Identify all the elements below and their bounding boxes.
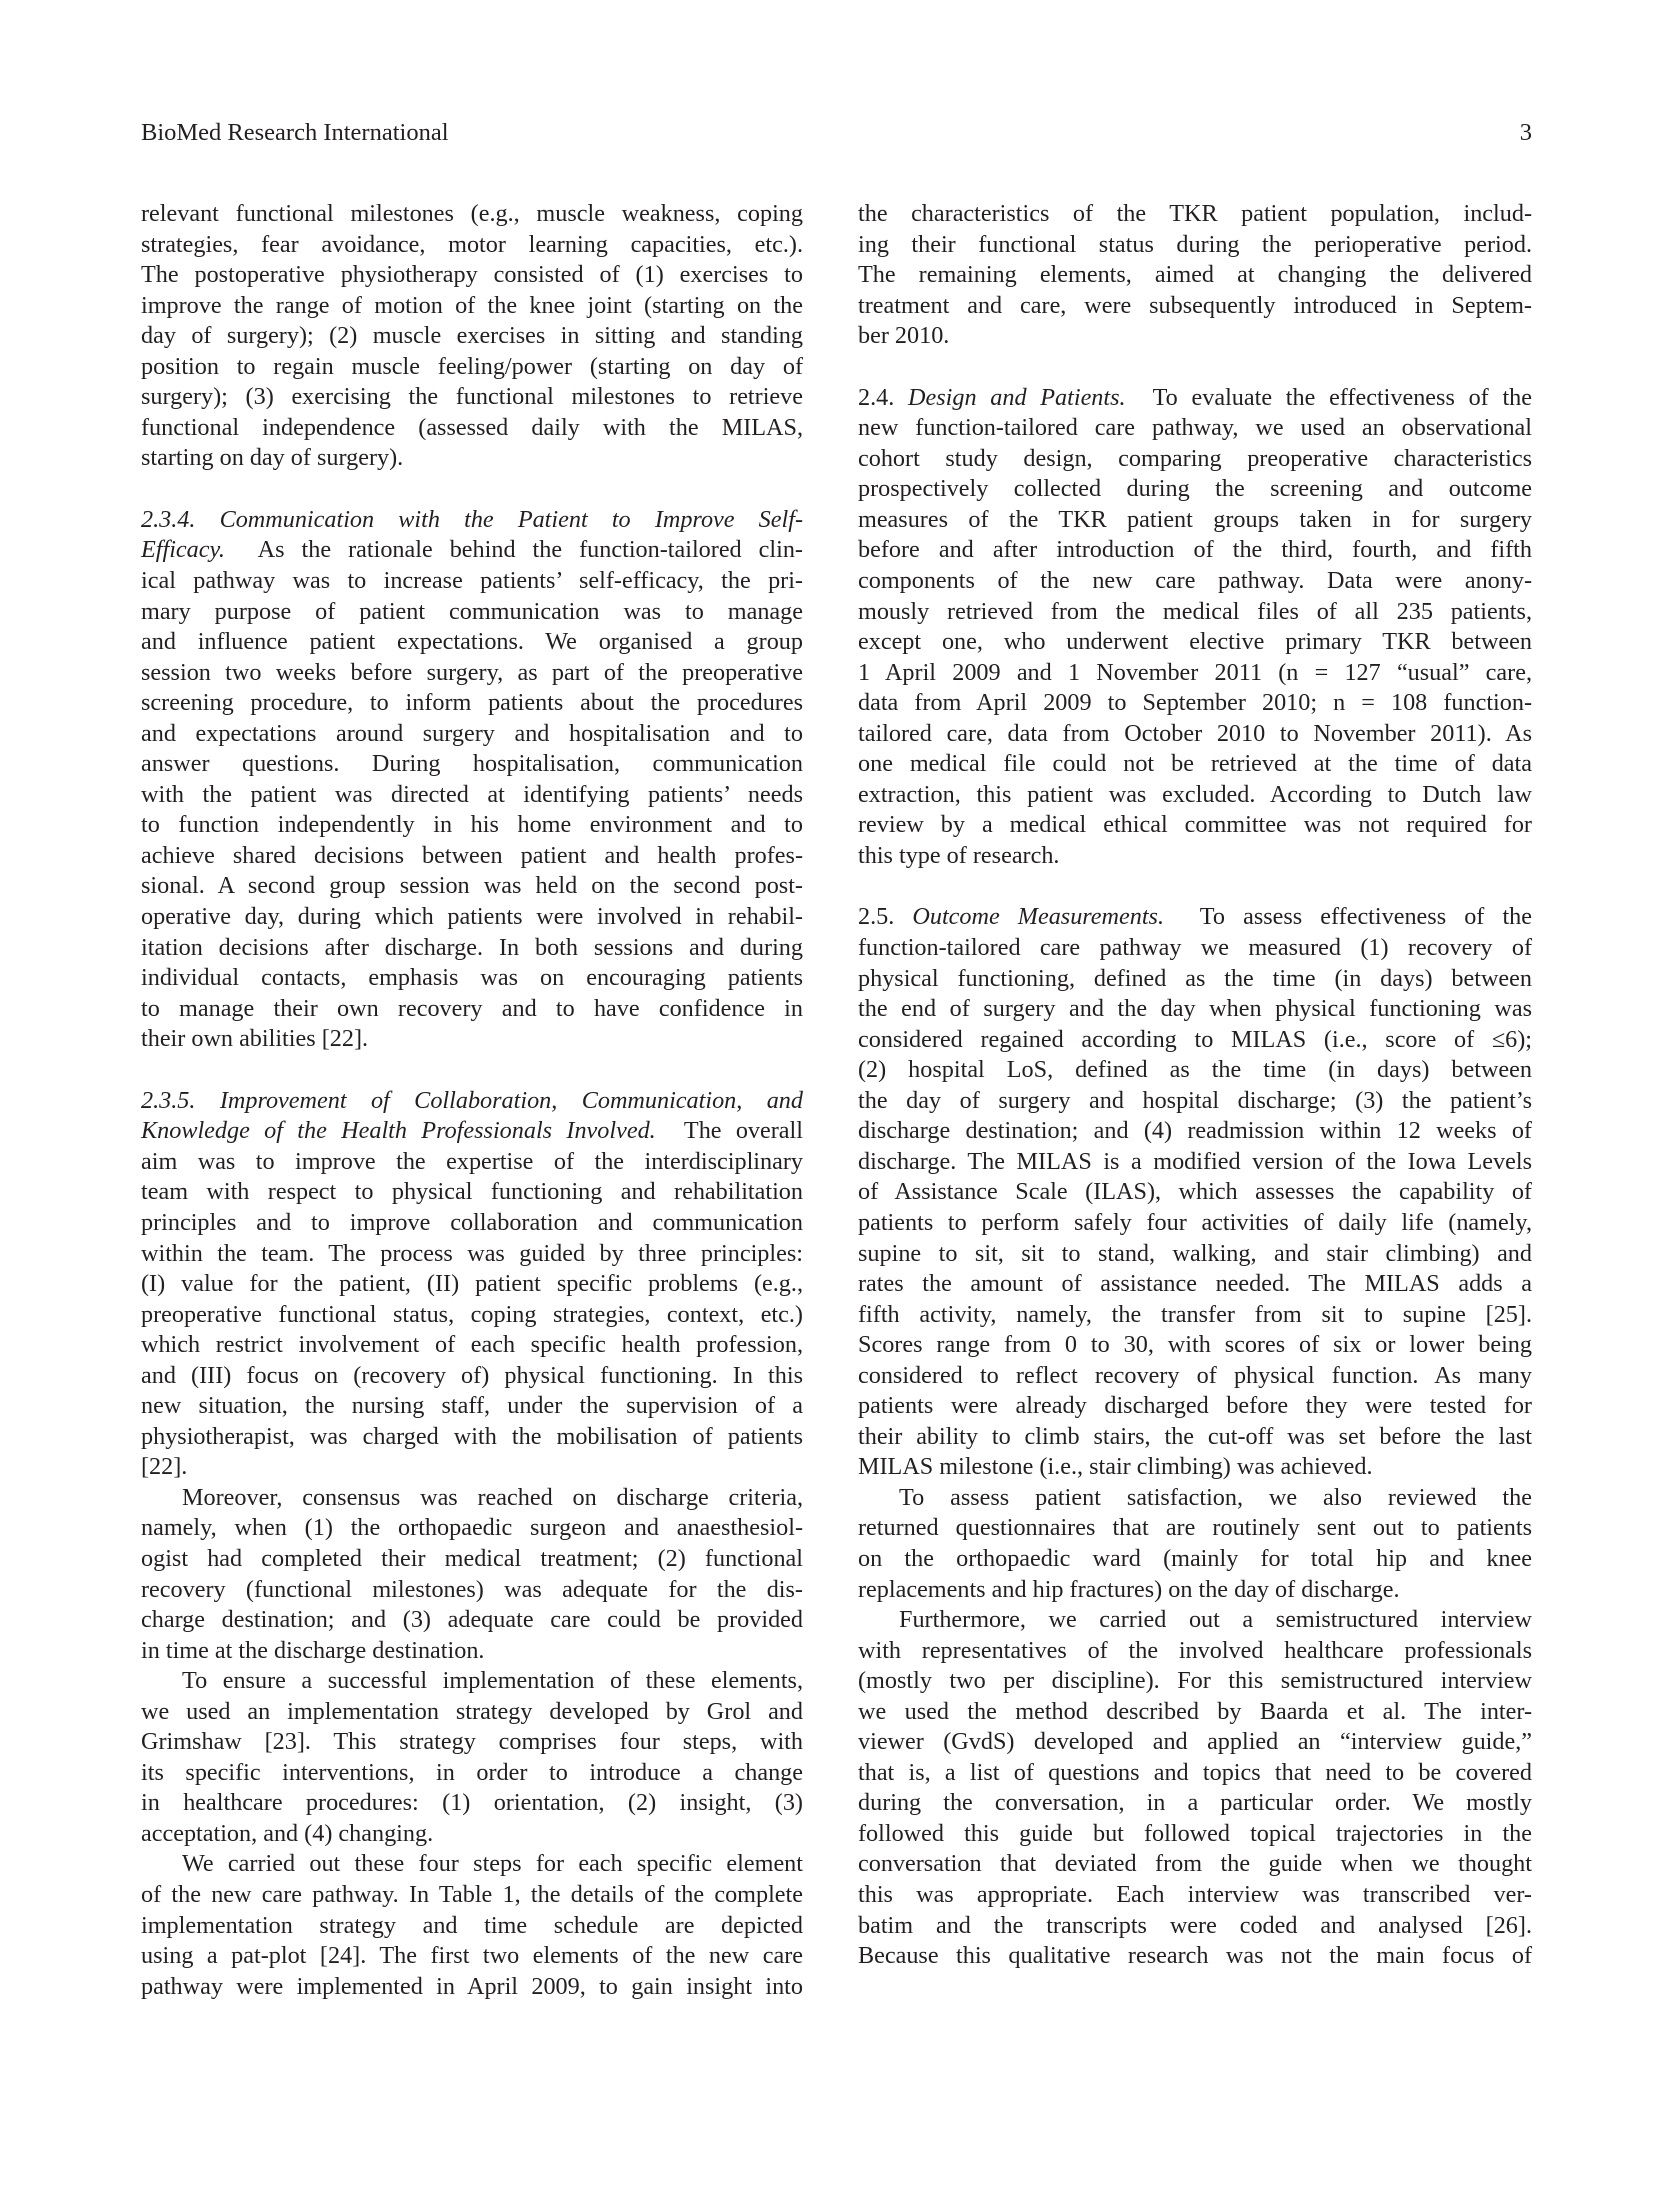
text-line: implementation strategy and time schedul… (141, 1911, 803, 1942)
text-line: in healthcare procedures: (1) orientatio… (141, 1788, 803, 1819)
text-line: of Assistance Scale (ILAS), which assess… (858, 1177, 1532, 1208)
text-line: starting on day of surgery). (141, 443, 803, 474)
text-line: aim was to improve the expertise of the … (141, 1147, 803, 1178)
text-line: treatment and care, were subsequently in… (858, 291, 1532, 322)
section-2-3-4: 2.3.4. Communication with the Patient to… (141, 505, 803, 1055)
text-line: The remaining elements, aimed at changin… (858, 260, 1532, 291)
text-line: discharge destination; and (4) readmissi… (858, 1116, 1532, 1147)
paragraph-discharge-criteria: Moreover, consensus was reached on disch… (141, 1483, 803, 1666)
text-line: improve the range of motion of the knee … (141, 291, 803, 322)
text-line: new situation, the nursing staff, under … (141, 1391, 803, 1422)
text-line: The postoperative physiotherapy consiste… (141, 260, 803, 291)
text-line: during the conversation, in a particular… (858, 1788, 1532, 1819)
text-line: before and after introduction of the thi… (858, 535, 1532, 566)
section-heading-2-3-5: 2.3.5. Improvement of Collaboration, Com… (141, 1086, 803, 1117)
text-line: the characteristics of the TKR patient p… (858, 199, 1532, 230)
text-line: preoperative functional status, coping s… (141, 1300, 803, 1331)
section-heading-2-3-4-cont: Efficacy. As the rationale behind the fu… (141, 535, 803, 566)
text-line: 1 April 2009 and 1 November 2011 (n = 12… (858, 658, 1532, 689)
text-line: and influence patient expectations. We o… (141, 627, 803, 658)
text-line: To ensure a successful implementation of… (141, 1666, 803, 1697)
text-line: To assess patient satisfaction, we also … (858, 1483, 1532, 1514)
text-line: patients were already discharged before … (858, 1391, 1532, 1422)
paragraph-patient-satisfaction: To assess patient satisfaction, we also … (858, 1483, 1532, 1605)
text-line: rates the amount of assistance needed. T… (858, 1269, 1532, 1300)
text-line: discharge. The MILAS is a modified versi… (858, 1147, 1532, 1178)
text-line: considered to reflect recovery of physic… (858, 1361, 1532, 1392)
text-line: recovery (functional milestones) was ade… (141, 1575, 803, 1606)
text-line: mary purpose of patient communication wa… (141, 597, 803, 628)
text-line: prospectively collected during the scree… (858, 474, 1532, 505)
text-line: sional. A second group session was held … (141, 871, 803, 902)
section-2-5: 2.5. Outcome Measurements. To assess eff… (858, 902, 1532, 1482)
right-column: the characteristics of the TKR patient p… (858, 199, 1532, 1972)
text-line: the day of surgery and hospital discharg… (858, 1086, 1532, 1117)
text-line: patients to perform safely four activiti… (858, 1208, 1532, 1239)
text-line: ical pathway was to increase patients’ s… (141, 566, 803, 597)
text-line: physical functioning, defined as the tim… (858, 964, 1532, 995)
text-line: except one, who underwent elective prima… (858, 627, 1532, 658)
text-line: tailored care, data from October 2010 to… (858, 719, 1532, 750)
text-line: their ability to climb stairs, the cut-o… (858, 1422, 1532, 1453)
text-line: strategies, fear avoidance, motor learni… (141, 230, 803, 261)
text-line: supine to sit, sit to stand, walking, an… (858, 1239, 1532, 1270)
text-line: screening procedure, to inform patients … (141, 688, 803, 719)
text-line: achieve shared decisions between patient… (141, 841, 803, 872)
text-line: that is, a list of questions and topics … (858, 1758, 1532, 1789)
section-2-3-5: 2.3.5. Improvement of Collaboration, Com… (141, 1086, 803, 1483)
text-line: the end of surgery and the day when phys… (858, 994, 1532, 1025)
text-line: charge destination; and (3) adequate car… (141, 1605, 803, 1636)
paragraph-semistructured-interview: Furthermore, we carried out a semistruct… (858, 1605, 1532, 1972)
text-line: surgery); (3) exercising the functional … (141, 382, 803, 413)
text-line: this type of research. (858, 841, 1532, 872)
text-line: using a pat-plot [24]. The first two ele… (141, 1941, 803, 1972)
text-line: position to regain muscle feeling/power … (141, 352, 803, 383)
text-line: (2) hospital LoS, defined as the time (i… (858, 1055, 1532, 1086)
text-line: Grimshaw [23]. This strategy comprises f… (141, 1727, 803, 1758)
paragraph-tkr-characteristics: the characteristics of the TKR patient p… (858, 199, 1532, 352)
text-line: we used the method described by Baarda e… (858, 1697, 1532, 1728)
text-line: fifth activity, namely, the transfer fro… (858, 1300, 1532, 1331)
text-line: Scores range from 0 to 30, with scores o… (858, 1330, 1532, 1361)
text-line: in time at the discharge destination. (141, 1636, 803, 1667)
text-line: considered regained according to MILAS (… (858, 1025, 1532, 1056)
text-line: this was appropriate. Each interview was… (858, 1880, 1532, 1911)
text-line: extraction, this patient was excluded. A… (858, 780, 1532, 811)
text-line: answer questions. During hospitalisation… (141, 749, 803, 780)
text-line: its specific interventions, in order to … (141, 1758, 803, 1789)
text-line: ogist had completed their medical treatm… (141, 1544, 803, 1575)
text-line: Because this qualitative research was no… (858, 1941, 1532, 1972)
text-line: data from April 2009 to September 2010; … (858, 688, 1532, 719)
text-line: team with respect to physical functionin… (141, 1177, 803, 1208)
text-line: which restrict involvement of each speci… (141, 1330, 803, 1361)
text-line: of the new care pathway. In Table 1, the… (141, 1880, 803, 1911)
text-line: conversation that deviated from the guid… (858, 1849, 1532, 1880)
text-line: we used an implementation strategy devel… (141, 1697, 803, 1728)
text-line: namely, when (1) the orthopaedic surgeon… (141, 1513, 803, 1544)
text-line: and (III) focus on (recovery of) physica… (141, 1361, 803, 1392)
text-line: function-tailored care pathway we measur… (858, 933, 1532, 964)
text-line: components of the new care pathway. Data… (858, 566, 1532, 597)
text-line: ber 2010. (858, 321, 1532, 352)
text-line: replacements and hip fractures) on the d… (858, 1575, 1532, 1606)
text-line: (mostly two per discipline). For this se… (858, 1666, 1532, 1697)
text-line: pathway were implemented in April 2009, … (141, 1972, 803, 2003)
text-line: (I) value for the patient, (II) patient … (141, 1269, 803, 1300)
text-line: with the patient was directed at identif… (141, 780, 803, 811)
text-line: [22]. (141, 1452, 803, 1483)
text-line: functional independence (assessed daily … (141, 413, 803, 444)
text-line: on the orthopaedic ward (mainly for tota… (858, 1544, 1532, 1575)
left-column: relevant functional milestones (e.g., mu… (141, 199, 803, 2002)
section-heading-2-3-4: 2.3.4. Communication with the Patient to… (141, 505, 803, 536)
text-line: principles and to improve collaboration … (141, 1208, 803, 1239)
section-heading-2-5: 2.5. Outcome Measurements. To assess eff… (858, 902, 1532, 933)
text-line: viewer (GvdS) developed and applied an “… (858, 1727, 1532, 1758)
text-line: new function-tailored care pathway, we u… (858, 413, 1532, 444)
text-line: operative day, during which patients wer… (141, 902, 803, 933)
text-line: one medical file could not be retrieved … (858, 749, 1532, 780)
text-line: to manage their own recovery and to have… (141, 994, 803, 1025)
text-line: mously retrieved from the medical files … (858, 597, 1532, 628)
text-line: We carried out these four steps for each… (141, 1849, 803, 1880)
text-line: session two weeks before surgery, as par… (141, 658, 803, 689)
text-line: MILAS milestone (i.e., stair climbing) w… (858, 1452, 1532, 1483)
section-heading-2-4: 2.4. Design and Patients. To evaluate th… (858, 383, 1532, 414)
text-line: day of surgery); (2) muscle exercises in… (141, 321, 803, 352)
text-line: physiotherapist, was charged with the mo… (141, 1422, 803, 1453)
text-line: their own abilities [22]. (141, 1024, 803, 1055)
paragraph-postoperative-physiotherapy: relevant functional milestones (e.g., mu… (141, 199, 803, 474)
section-2-4: 2.4. Design and Patients. To evaluate th… (858, 383, 1532, 872)
text-line: batim and the transcripts were coded and… (858, 1911, 1532, 1942)
text-line: returned questionnaires that are routine… (858, 1513, 1532, 1544)
text-line: cohort study design, comparing preoperat… (858, 444, 1532, 475)
running-head-journal: BioMed Research International (141, 118, 449, 148)
text-line: within the team. The process was guided … (141, 1239, 803, 1270)
text-line: to function independently in his home en… (141, 810, 803, 841)
text-line: Moreover, consensus was reached on disch… (141, 1483, 803, 1514)
text-line: ing their functional status during the p… (858, 230, 1532, 261)
page-number: 3 (1500, 118, 1532, 148)
section-heading-2-3-5-cont: Knowledge of the Health Professionals In… (141, 1116, 803, 1147)
text-line: individual contacts, emphasis was on enc… (141, 963, 803, 994)
text-line: acceptation, and (4) changing. (141, 1819, 803, 1850)
text-line: and expectations around surgery and hosp… (141, 719, 803, 750)
text-line: relevant functional milestones (e.g., mu… (141, 199, 803, 230)
text-line: followed this guide but followed topical… (858, 1819, 1532, 1850)
text-line: with representatives of the involved hea… (858, 1636, 1532, 1667)
text-line: itation decisions after discharge. In bo… (141, 933, 803, 964)
text-line: Furthermore, we carried out a semistruct… (858, 1605, 1532, 1636)
text-line: review by a medical ethical committee wa… (858, 810, 1532, 841)
text-line: measures of the TKR patient groups taken… (858, 505, 1532, 536)
paragraph-four-steps: We carried out these four steps for each… (141, 1849, 803, 2002)
paragraph-implementation-strategy: To ensure a successful implementation of… (141, 1666, 803, 1849)
